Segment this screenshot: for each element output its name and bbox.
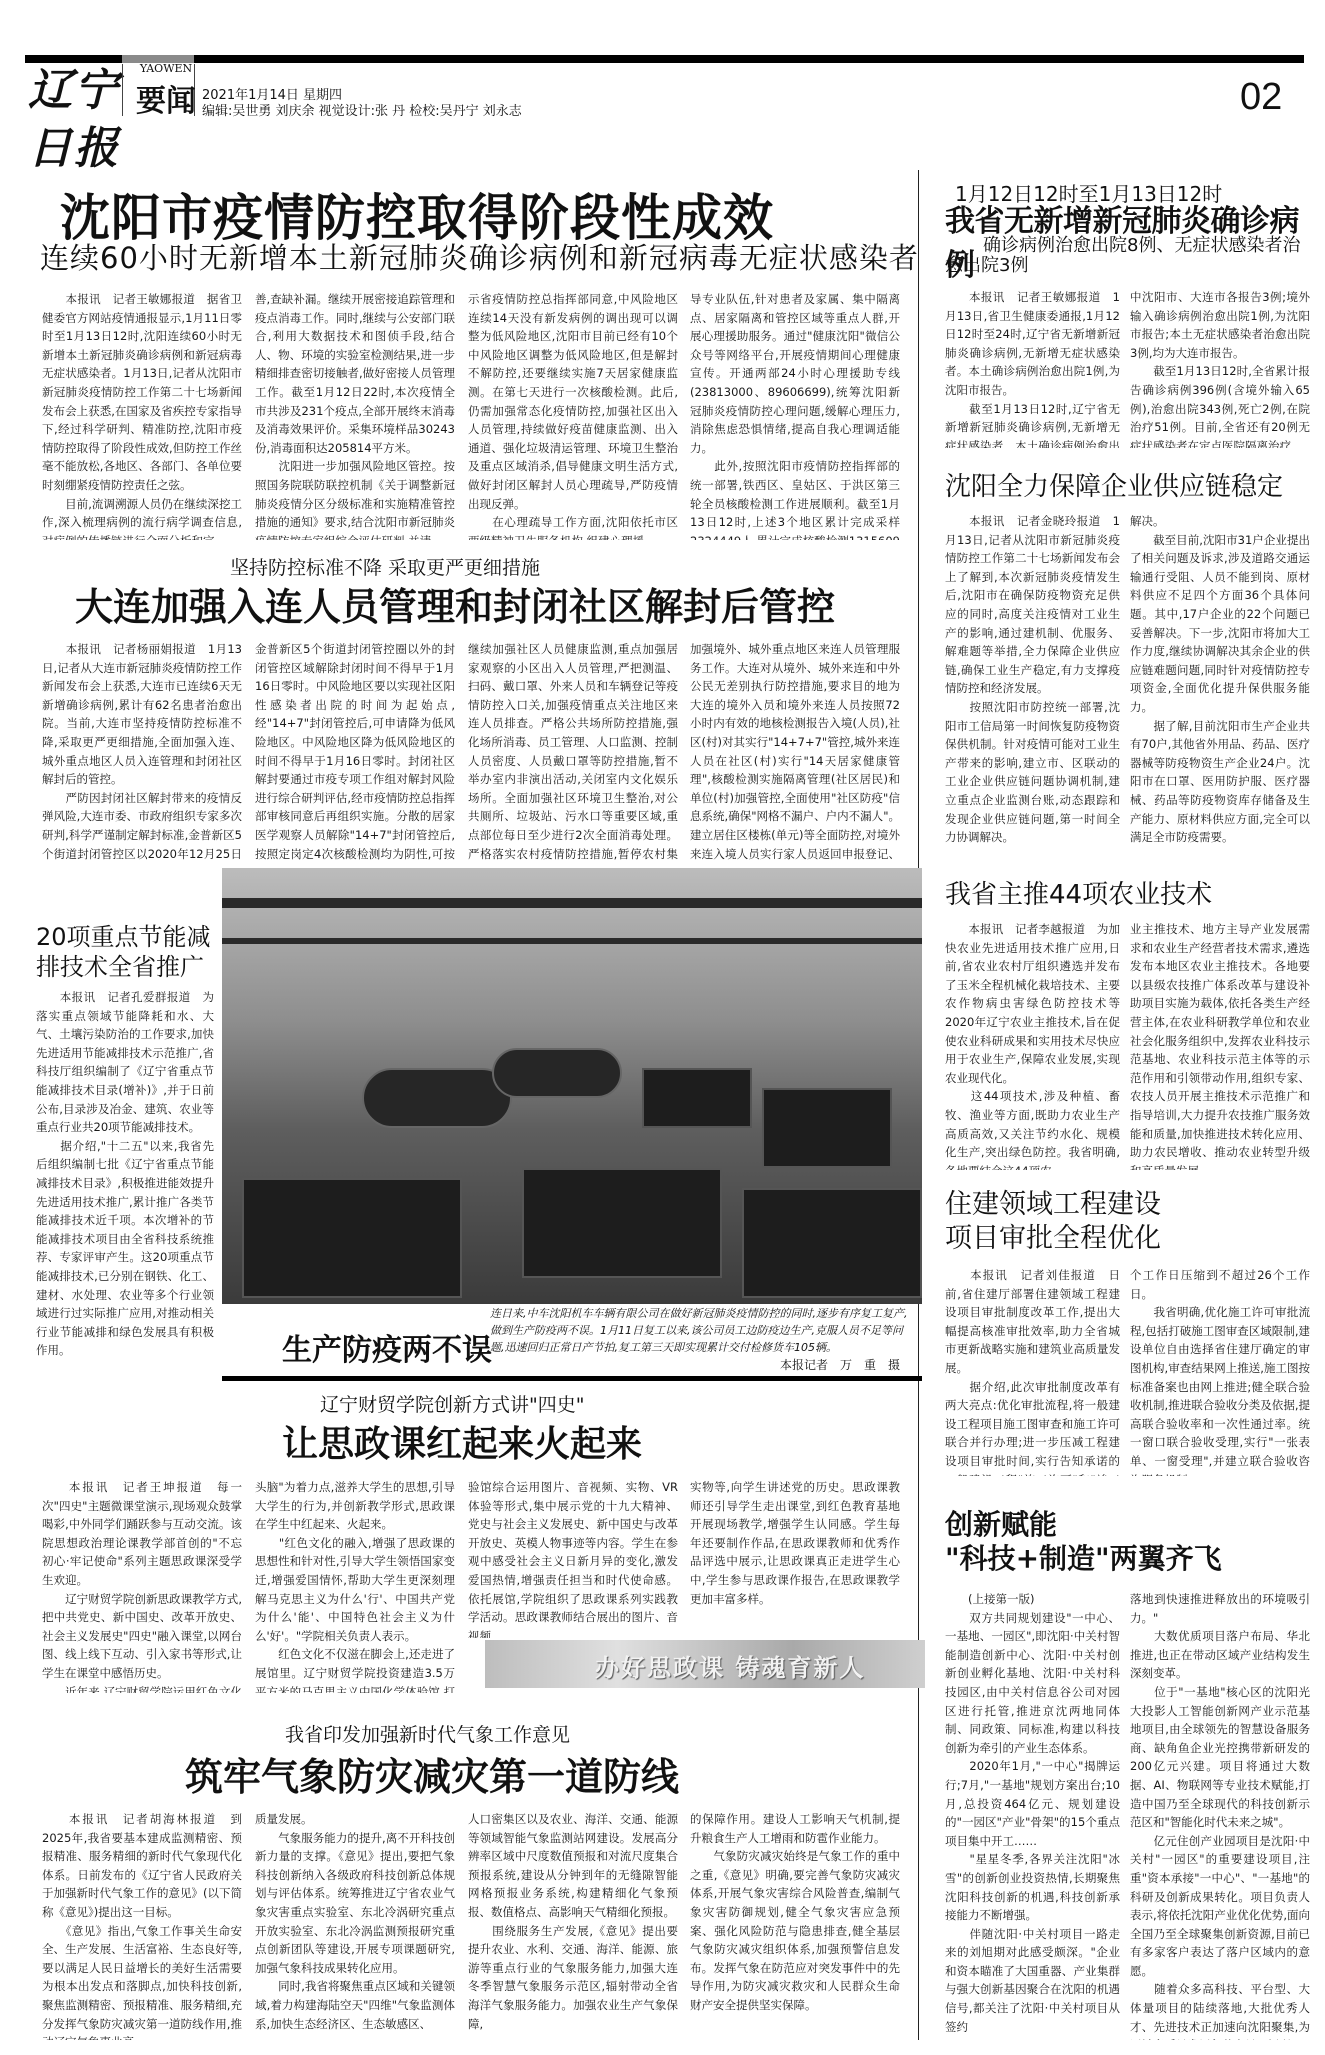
section-name-en: YAOWEN [136,62,196,75]
lead-column-4: 导专业队伍,针对患者及家属、集中隔离点、居家隔离和管控区域等重点人群,开展心理援… [690,290,900,540]
lead-column-1: 本报讯 记者王敏娜报道 据省卫健委官方网站疫情通报显示,1月11日零时至1月13… [42,290,242,540]
factory-photo [222,868,922,1304]
construction-column-1: 本报讯 记者刘佳报道 日前,省住建厅部署住建领域工程建设项目审批制度改革工作,提… [945,1266,1120,1476]
agri-column-1: 本报讯 记者李越报道 为加快农业先进适用技术推广应用,日前,省农业农村厅组织遴选… [945,920,1120,1170]
photo-crane-beam [222,898,922,908]
sizheng-column-4: 实物等,向学生讲述党的历史。思政课教师还引导学生走出课堂,到红色教育基地开展现场… [690,1478,900,1638]
dalian-column-3: 继续加强社区人员健康监测,重点加强居家观察的小区出入人员管理,严把测温、扫码、戴… [468,640,678,860]
construction-headline-2: 项目审批全程优化 [945,1222,1161,1256]
innovation-headline-2: "科技+制造"两翼齐飞 [945,1542,1222,1576]
dalian-column-2: 金普新区5个街道封闭管控圈以外的封闭管控区域解除封闭时间不得早于1月16日零时。… [255,640,455,860]
photo-tank-car [362,1068,512,1128]
photo-crane-beam [222,938,922,944]
sizheng-headline: 让思政课红起来火起来 [282,1416,642,1467]
weather-headline: 筑牢气象防灾减灾第一道防线 [185,1746,679,1801]
agri-column-2: 业主推技术、地方主导产业发展需求和农业生产经营者技术需求,遴选发布本地区农业主推… [1130,920,1310,1170]
dalian-headline: 大连加强入连人员管理和封闭社区解封后管控 [75,576,835,631]
weather-column-2: 质量发展。 气象服务能力的提升,离不开科技创新力量的支撑。《意见》提出,要把气象… [255,1810,455,2040]
weather-column-1: 本报讯 记者胡海林报道 到2025年,我省要基本建成监测精密、预报精准、服务精细… [42,1810,242,2040]
innovation-headline-1: 创新赋能 [945,1508,1057,1542]
energy-body: 本报讯 记者孔爱群报道 为落实重点领域节能降耗和水、大气、土壤污染防治的工作要求… [36,988,214,1358]
section-name-cn: 要闻 [132,76,200,120]
photo-freight-car [242,1178,462,1298]
supply-column-2: 解决。 截至目前,沈阳市31户企业提出了相关问题及诉求,涉及道路交通运输通行受阻… [1130,512,1310,862]
sizheng-column-1: 本报讯 记者王坤报道 每一次"四史"主题微课堂演示,现场观众鼓掌喝彩,中外同学们… [42,1478,242,1693]
section-rule [222,1376,922,1381]
weather-column-3: 人口密集区以及农业、海洋、交通、能源等领域智能气象监测站网建设。发展高分辨率区域… [468,1810,678,2040]
photo-freight-car [642,1068,752,1128]
right-top-column-2: 中沈阳市、大连市各报告3例;境外输入确诊病例治愈出院1例,为沈阳市报告;本土无症… [1130,288,1310,448]
photo-caption: 连日来,中车沈阳机车车辆有限公司在做好新冠肺炎疫情防控的同时,逐步有序复工复产,… [490,1305,910,1356]
right-top-deck: 确诊病例治愈出院8例、无症状感染者治愈出院3例 [945,236,1315,276]
photo-title: 生产防疫两不误 [282,1325,492,1369]
supply-column-1: 本报讯 记者金晓玲报道 1月13日,记者从沈阳市新冠肺炎疫情防控工作第二十七场新… [945,512,1120,862]
right-top-column-1: 本报讯 记者王敏娜报道 1月13日,省卫生健康委通报,1月12日12时至24时,… [945,288,1120,448]
lead-column-2: 善,查缺补漏。继续开展密接追踪管理和疫点消毒工作。同时,继续与公安部门联合,利用… [255,290,455,540]
weather-column-4: 的保障作用。建设人工影响天气机制,提升粮食生产人工增雨和防雹作业能力。 气象防灾… [690,1810,900,2040]
sizheng-column-3: 验馆综合运用图片、音视频、实物、VR体验等形式,集中展示党的十九大精神、党史与社… [468,1478,678,1638]
lead-subheadline: 连续60小时无新增本土新冠肺炎确诊病例和新冠病毒无症状感染者 [40,236,919,277]
dalian-column-1: 本报讯 记者杨丽娟报道 1月13日,记者从大连市新冠肺炎疫情防控工作新闻发布会上… [42,640,242,860]
banner-slogan: 办好思政课 铸魂育新人 [595,1648,865,1683]
photo-tank-car [492,1048,622,1098]
photo-credit: 本报记者 万 重 摄 [780,1356,900,1373]
sizheng-kicker: 辽宁财贸学院创新方式讲"四史" [320,1390,584,1417]
agri-headline: 我省主推44项农业技术 [945,880,1212,910]
sizheng-banner: 办好思政课 铸魂育新人 [485,1640,925,1688]
supply-headline: 沈阳全力保障企业供应链稳定 [945,472,1283,502]
construction-headline-1: 住建领域工程建设 [945,1188,1161,1222]
innovation-column-2: 落地到快速推进释放出的环境吸引力。" 大数优质项目落户布局、华北推进,也正在带动… [1130,1590,1310,2040]
innovation-column-1: (上接第一版) 双方共同规划建设"一中心、一基地、一园区",即沈阳·中关村智能制… [945,1590,1120,2040]
photo-freight-car [762,1088,892,1168]
masthead-rule [194,55,1304,63]
sizheng-column-2: 头脑"为着力点,滋养大学生的思想,引导大学生的行为,并创新教学形式,思政课在学生… [255,1478,455,1693]
photo-freight-car [522,1168,722,1278]
dalian-column-4: 加强境外、城外重点地区来连人员管理服务工作。大连对从境外、城外来连和中外公民无差… [690,640,900,860]
photo-freight-car [742,1188,922,1298]
construction-column-2: 个工作日压缩到不超过26个工作日。 我省明确,优化施工许可审批流程,包括打破施工… [1130,1266,1310,1476]
lead-column-3: 示省疫情防控总指挥部同意,中风险地区连续14天没有新发病例的调出现可以调整为低风… [468,290,678,540]
editor-credits: 编辑:吴世勇 刘庆余 视觉设计:张 丹 检校:吴丹宁 刘永志 [202,100,522,119]
energy-headline: 20项重点节能减排技术全省推广 [36,922,216,982]
weather-kicker: 我省印发加强新时代气象工作意见 [285,1720,570,1747]
masthead-divider [122,64,123,116]
page-number: 02 [1240,76,1282,119]
